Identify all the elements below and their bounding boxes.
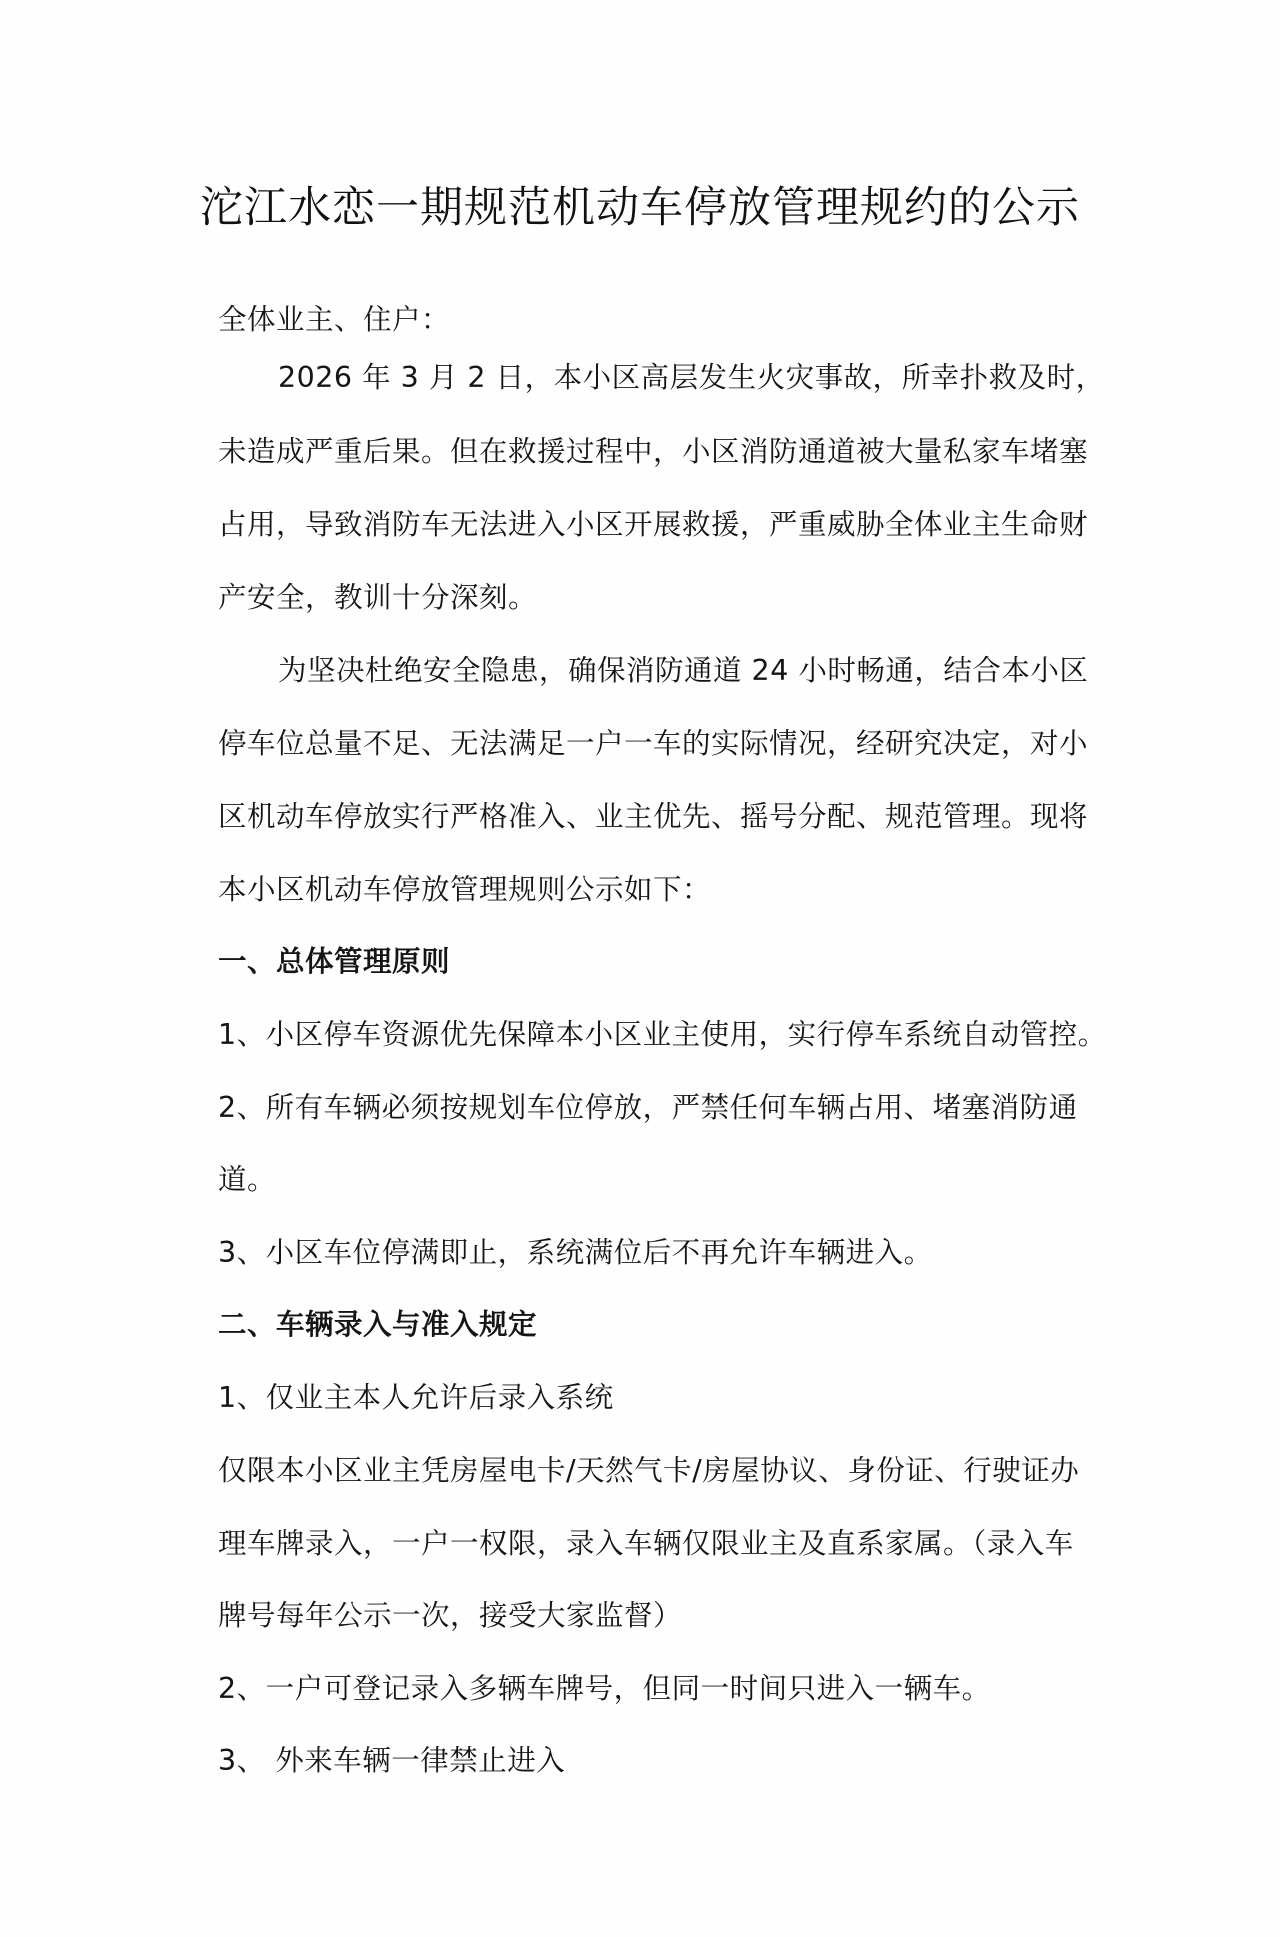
- salutation: 全体业主、住户：: [218, 300, 1098, 340]
- section-2-heading: 二、车辆录入与准入规定: [218, 1305, 1098, 1345]
- section-1-heading: 一、总体管理原则: [218, 942, 1098, 982]
- section-1-item-3: 3、小区车位停满即止，系统满位后不再允许车辆进入。: [218, 1233, 1098, 1273]
- document-title: 沱江水恋一期规范机动车停放管理规约的公示: [0, 178, 1280, 238]
- section-2-item-1-line-1: 1、仅业主本人允许后录入系统: [218, 1378, 1098, 1418]
- section-1-item-2-line-2: 道。: [218, 1160, 1098, 1200]
- paragraph-2-line-4: 本小区机动车停放管理规则公示如下：: [218, 870, 1098, 910]
- paragraph-1-line-3: 占用，导致消防车无法进入小区开展救援，严重威胁全体业主生命财: [218, 505, 1098, 545]
- document-page: 沱江水恋一期规范机动车停放管理规约的公示 全体业主、住户： 2026 年 3 月…: [0, 0, 1280, 1937]
- section-2-item-1-line-3: 理车牌录入，一户一权限，录入车辆仅限业主及直系家属。（录入车: [218, 1524, 1098, 1564]
- section-2-item-2: 2、一户可登记录入多辆车牌号，但同一时间只进入一辆车。: [218, 1669, 1098, 1709]
- paragraph-2-line-3: 区机动车停放实行严格准入、业主优先、摇号分配、规范管理。现将: [218, 797, 1098, 837]
- section-1-item-2-line-1: 2、所有车辆必须按规划车位停放，严禁任何车辆占用、堵塞消防通: [218, 1088, 1098, 1128]
- paragraph-1-line-2: 未造成严重后果。但在救援过程中，小区消防通道被大量私家车堵塞: [218, 432, 1098, 472]
- section-2-item-3: 3、 外来车辆一律禁止进入: [218, 1741, 1098, 1781]
- paragraph-1-line-4: 产安全，教训十分深刻。: [218, 578, 1098, 618]
- paragraph-2-line-1: 为坚决杜绝安全隐患，确保消防通道 24 小时畅通，结合本小区: [278, 651, 1158, 691]
- paragraph-2-line-2: 停车位总量不足、无法满足一户一车的实际情况，经研究决定，对小: [218, 724, 1098, 764]
- section-2-item-1-line-4: 牌号每年公示一次，接受大家监督）: [218, 1596, 1098, 1636]
- paragraph-1-line-1: 2026 年 3 月 2 日，本小区高层发生火灾事故，所幸扑救及时，: [278, 358, 1158, 398]
- section-1-item-1: 1、小区停车资源优先保障本小区业主使用，实行停车系统自动管控。: [218, 1015, 1098, 1055]
- section-2-item-1-line-2: 仅限本小区业主凭房屋电卡/天然气卡/房屋协议、身份证、行驶证办: [218, 1451, 1098, 1491]
